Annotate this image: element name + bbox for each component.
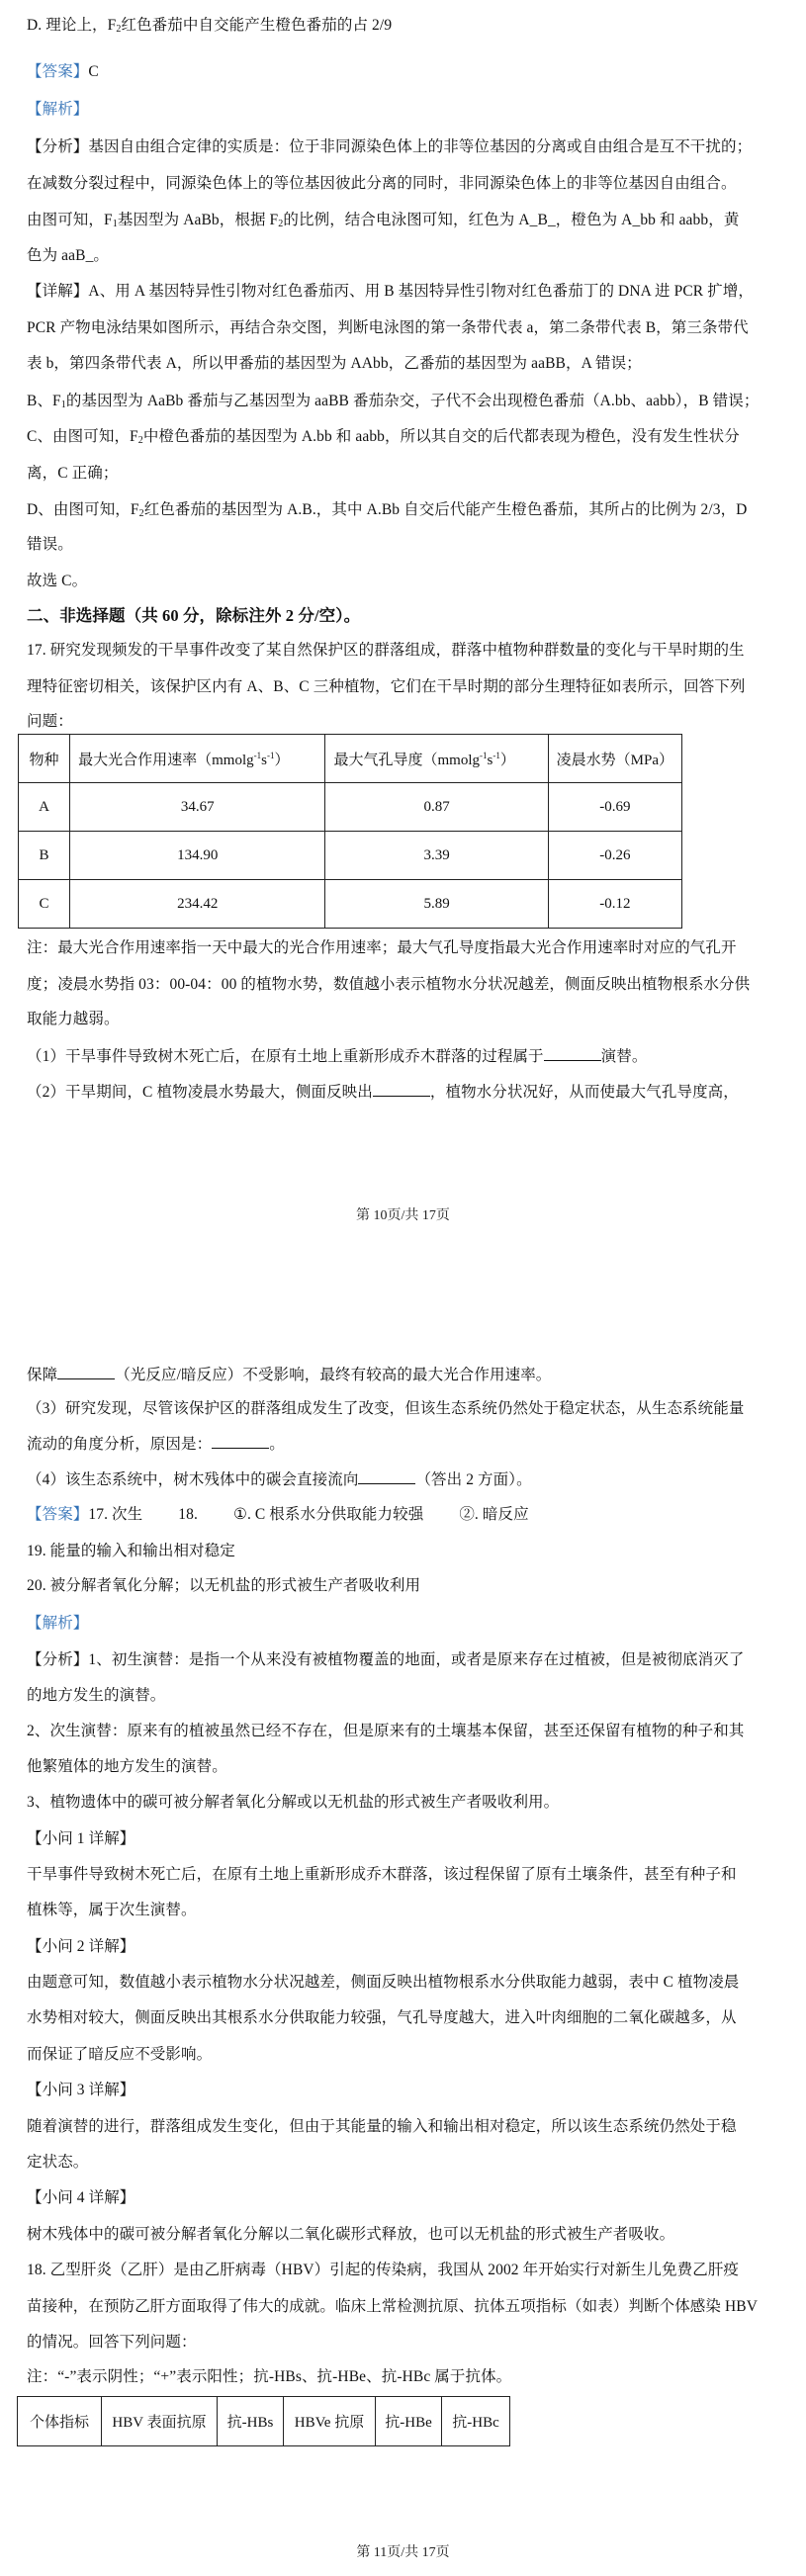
detail-4-tag: 【小问 4 详解】 bbox=[27, 2188, 134, 2208]
header-species: 物种 bbox=[19, 735, 70, 783]
option-d: D. 理论上，F2红色番茄中自交能产生橙色番茄的占 2/9 bbox=[27, 16, 392, 40]
sub-question-1: （1）干旱事件导致树木死亡后，在原有土地上重新形成乔木群落的过程属于演替。 bbox=[27, 1046, 647, 1067]
note-line-1: 注：最大光合作用速率指一天中最大的光合作用速率；最大气孔导度指最大光合作用速率时… bbox=[27, 938, 737, 958]
detail-1-line-2: 植株等，属于次生演替。 bbox=[27, 1901, 197, 1920]
answer-value: C bbox=[88, 63, 98, 80]
header-photosynthesis: 最大光合作用速率（mmolg-1s-1） bbox=[70, 735, 325, 783]
sub-question-2-cont: 保障（光反应/暗反应）不受影响，最终有较高的最大光合作用速率。 bbox=[27, 1365, 551, 1385]
answer-blank bbox=[358, 1469, 415, 1484]
answer-line-17-18: 【答案】17. 次生18.①. C 根系水分供取能力较强②. 暗反应 bbox=[27, 1505, 529, 1525]
fenxi-line-4: 色为 aaB_。 bbox=[27, 246, 109, 266]
table-row: C 234.42 5.89 -0.12 bbox=[19, 880, 682, 929]
xiangjie-line-6: 离，C 正确； bbox=[27, 464, 118, 484]
fenxi-line-2: 在减数分裂过程中，同源染色体上的等位基因彼此分离的同时，非同源染色体上的非等位基… bbox=[27, 174, 737, 194]
detail-1-tag: 【小问 1 详解】 bbox=[27, 1829, 134, 1849]
answer-20: 20. 被分解者氧化分解；以无机盐的形式被生产者吸收利用 bbox=[27, 1576, 420, 1596]
answer-blank bbox=[57, 1365, 115, 1379]
xiangjie-line-9: 故选 C。 bbox=[27, 572, 87, 591]
table-row: A 34.67 0.87 -0.69 bbox=[19, 783, 682, 832]
sub-question-2: （2）干旱期间，C 植物凌晨水势最大，侧面反映出，植物水分状况好，从而使最大气孔… bbox=[27, 1082, 739, 1103]
answer-blank bbox=[544, 1046, 601, 1061]
page-footer-11: 第 11页/共 17页 bbox=[0, 2541, 806, 2561]
answer-blank bbox=[212, 1434, 269, 1449]
q17-line-2: 理特征密切相关，该保护区内有 A、B、C 三种植物，它们在干旱时期的部分生理特征… bbox=[27, 677, 746, 697]
q17-line-1: 17. 研究发现频发的干旱事件改变了某自然保护区的群落组成，群落中植物种群数量的… bbox=[27, 641, 745, 661]
plant-traits-table: 物种 最大光合作用速率（mmolg-1s-1） 最大气孔导度（mmolg-1s-… bbox=[18, 734, 682, 929]
xiangjie-line-1: 【详解】A、用 A 基因特异性引物对红色番茄丙、用 B 基因特异性引物对红色番茄… bbox=[27, 282, 754, 302]
sub-question-4: （4）该生态系统中，树木残体中的碳会直接流向（答出 2 方面）。 bbox=[27, 1469, 532, 1490]
fenxi-line-1: 【分析】基因自由组合定律的实质是：位于非同源染色体上的非等位基因的分离或自由组合… bbox=[27, 137, 752, 157]
xiangjie-line-2: PCR 产物电泳结果如图所示，再结合杂交图，判断电泳图的第一条带代表 a，第二条… bbox=[27, 318, 749, 338]
fenxi-line-2: 的地方发生的演替。 bbox=[27, 1686, 165, 1706]
section-title: 二、非选择题（共 60 分，除标注外 2 分/空）。 bbox=[27, 606, 360, 626]
fenxi-line-3: 由图可知，F1基因型为 AaBb，根据 F2的比例，结合电泳图可知，红色为 A_… bbox=[27, 211, 739, 234]
detail-2-line-2: 水势相对较大，侧面反映出其根系水分供取能力较强，气孔导度越大，进入叶肉细胞的二氧… bbox=[27, 2008, 737, 2028]
table-header-row: 个体指标 HBV 表面抗原 抗-HBs HBVe 抗原 抗-HBe 抗-HBc bbox=[18, 2397, 510, 2446]
table-header-row: 物种 最大光合作用速率（mmolg-1s-1） 最大气孔导度（mmolg-1s-… bbox=[19, 735, 682, 783]
detail-2-line-3: 而保证了暗反应不受影响。 bbox=[27, 2045, 212, 2065]
detail-3-line-2: 定状态。 bbox=[27, 2153, 88, 2173]
page-footer-10: 第 10页/共 17页 bbox=[0, 1204, 806, 1224]
fenxi-line-3: 2、次生演替：原来有的植被虽然已经不存在，但是原来有的土壤基本保留，甚至还保留有… bbox=[27, 1722, 744, 1741]
answer-19: 19. 能量的输入和输出相对稳定 bbox=[27, 1542, 235, 1561]
fenxi-line-1: 【分析】1、初生演替：是指一个从来没有被植物覆盖的地面，或者是原来存在过植被，但… bbox=[27, 1650, 744, 1670]
xiangjie-line-3: 表 b，第四条带代表 A，所以甲番茄的基因型为 AAbb，乙番茄的基因型为 aa… bbox=[27, 354, 642, 374]
analysis-tag: 【解析】 bbox=[27, 100, 88, 120]
sub-question-3-line-2: 流动的角度分析，原因是：。 bbox=[27, 1434, 285, 1455]
answer-tag: 【答案】 bbox=[27, 1506, 88, 1523]
detail-3-line-1: 随着演替的进行，群落组成发生变化，但由于其能量的输入和输出相对稳定，所以该生态系… bbox=[27, 2117, 737, 2137]
answer-line: 【答案】C bbox=[27, 62, 99, 82]
xiangjie-line-5: C、由图可知，F2中橙色番茄的基因型为 A.bb 和 aabb，所以其自交的后代… bbox=[27, 427, 740, 451]
answer-tag: 【答案】 bbox=[27, 63, 88, 80]
hbv-indicator-table: 个体指标 HBV 表面抗原 抗-HBs HBVe 抗原 抗-HBe 抗-HBc bbox=[17, 2396, 510, 2446]
xiangjie-line-8: 错误。 bbox=[27, 535, 73, 555]
fenxi-line-4: 他繁殖体的地方发生的演替。 bbox=[27, 1757, 227, 1777]
header-stomatal: 最大气孔导度（mmolg-1s-1） bbox=[325, 735, 548, 783]
table-row: B 134.90 3.39 -0.26 bbox=[19, 832, 682, 880]
detail-2-tag: 【小问 2 详解】 bbox=[27, 1937, 134, 1957]
q18-line-2: 苗接种，在预防乙肝方面取得了伟大的成就。临床上常检测抗原、抗体五项指标（如表）判… bbox=[27, 2297, 758, 2317]
header-water-potential: 凌晨水势（MPa） bbox=[548, 735, 681, 783]
sub-question-3-line-1: （3）研究发现，尽管该保护区的群落组成发生了改变，但该生态系统仍然处于稳定状态，… bbox=[27, 1399, 744, 1419]
analysis-tag: 【解析】 bbox=[27, 1614, 88, 1634]
detail-1-line-1: 干旱事件导致树木死亡后，在原有土地上重新形成乔木群落，该过程保留了原有土壤条件，… bbox=[27, 1865, 737, 1885]
xiangjie-line-7: D、由图可知，F2红色番茄的基因型为 A.B.，其中 A.Bb 自交后代能产生橙… bbox=[27, 500, 747, 524]
q18-line-1: 18. 乙型肝炎（乙肝）是由乙肝病毒（HBV）引起的传染病，我国从 2002 年… bbox=[27, 2261, 739, 2280]
fenxi-line-5: 3、植物遗体中的碳可被分解者氧化分解或以无机盐的形式被生产者吸收利用。 bbox=[27, 1793, 559, 1813]
note-line-2: 度；凌晨水势指 03：00-04：00 的植物水势，数值越小表示植物水分状况越差… bbox=[27, 975, 750, 995]
detail-4-line-1: 树木残体中的碳可被分解者氧化分解以二氧化碳形式释放，也可以无机盐的形式被生产者吸… bbox=[27, 2225, 674, 2245]
xiangjie-line-4: B、F1的基因型为 AaBb 番茄与乙基因型为 aaBB 番茄杂交，子代不会出现… bbox=[27, 392, 759, 415]
q18-note: 注：“-”表示阴性；“+”表示阳性；抗-HBs、抗-HBe、抗-HBc 属于抗体… bbox=[27, 2367, 511, 2387]
detail-3-tag: 【小问 3 详解】 bbox=[27, 2081, 134, 2100]
detail-2-line-1: 由题意可知，数值越小表示植物水分状况越差，侧面反映出植物根系水分供取能力越弱，表… bbox=[27, 1973, 739, 1993]
answer-blank bbox=[373, 1082, 430, 1097]
note-line-3: 取能力越弱。 bbox=[27, 1010, 120, 1029]
q17-line-3: 问题： bbox=[27, 712, 73, 732]
q18-line-3: 的情况。回答下列问题： bbox=[27, 2333, 197, 2353]
